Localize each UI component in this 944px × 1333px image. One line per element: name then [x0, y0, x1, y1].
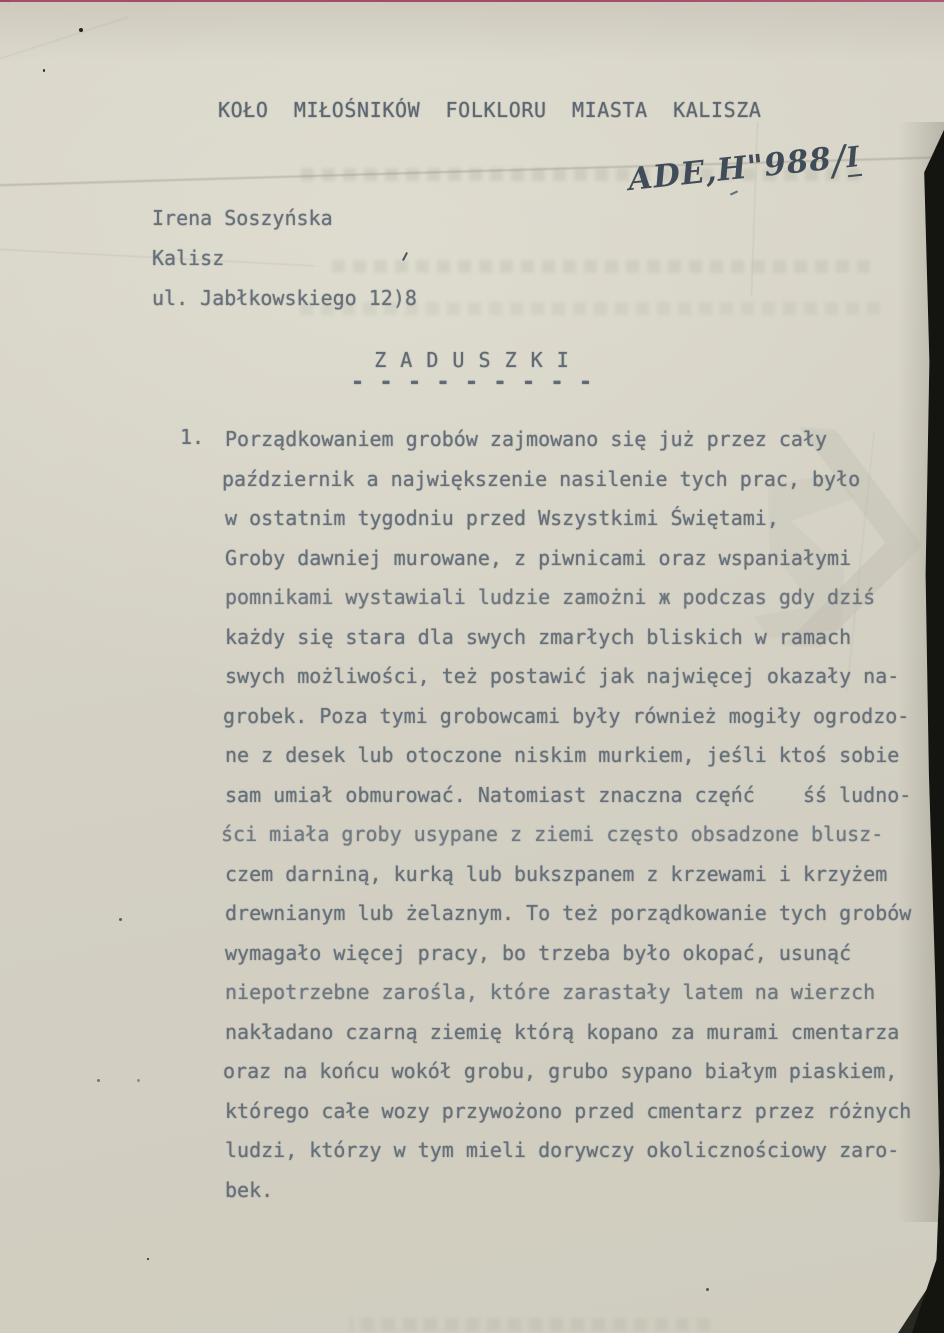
- paper-speck: [79, 28, 83, 32]
- sender-block: Irena Soszyńska Kalisz ul. Jabłkowskiego…: [152, 198, 417, 318]
- scanned-document-page: KOŁO MIŁOŚNIKÓW FOLKLORU MIASTA KALISZA …: [0, 0, 944, 1333]
- body-line: grobek. Poza tymi grobowcami były równie…: [223, 702, 911, 742]
- sender-city: Kalisz: [152, 238, 417, 278]
- paper-speck: [706, 1288, 709, 1291]
- document-title: Z A D U S Z K I: [0, 348, 944, 372]
- body-line: wymagało więcej pracy, bo trzeba było ok…: [225, 939, 911, 979]
- stray-ink-dot: [137, 1079, 140, 1082]
- archive-number-handwritten: ADE,H"988/I: [626, 136, 863, 206]
- body-paragraph: Porządkowaniem grobów zajmowano się już …: [225, 425, 911, 1215]
- body-line: niepotrzebne zarośla, które zarastały la…: [225, 978, 911, 1018]
- body-line: ne z desek lub otoczone niskim murkiem, …: [225, 741, 911, 781]
- archive-number-roman: I: [844, 140, 862, 177]
- paper-sheet: KOŁO MIŁOŚNIKÓW FOLKLORU MIASTA KALISZA …: [0, 2, 944, 1333]
- paper-speck: [147, 1258, 149, 1260]
- body-line: sam umiał obmurować. Natomiast znaczna c…: [225, 781, 911, 821]
- document-title-underline: - - - - - - - - -: [0, 370, 944, 395]
- body-line: bek.: [225, 1176, 911, 1216]
- bleed-through-text: [350, 1318, 710, 1331]
- stray-ink-dot: [97, 1079, 100, 1082]
- body-line: Porządkowaniem grobów zajmowano się już …: [225, 425, 911, 465]
- body-line: nakładano czarną ziemię którą kopano za …: [225, 1018, 911, 1058]
- stray-ink-dot: [119, 918, 122, 921]
- body-line: którego całe wozy przywożono przed cment…: [225, 1097, 911, 1137]
- paper-top-shading: [0, 2, 944, 62]
- body-line: swych możliwości, też postawić jak najwi…: [225, 662, 911, 702]
- organization-header: KOŁO MIŁOŚNIKÓW FOLKLORU MIASTA KALISZA: [218, 98, 762, 122]
- body-line: październik a największenie nasilenie ty…: [222, 465, 911, 505]
- list-item-number: 1.: [180, 425, 204, 449]
- archive-number-main: ADE,H"988: [626, 141, 833, 198]
- paper-speck: [43, 69, 45, 72]
- body-line: ludzi, którzy w tym mieli dorywczy okoli…: [225, 1136, 911, 1176]
- sender-name: Irena Soszyńska: [152, 198, 417, 238]
- body-line: w ostatnim tygodniu przed Wszystkimi Świ…: [225, 504, 911, 544]
- body-line: czem darniną, kurką lub bukszpanem z krz…: [225, 860, 911, 900]
- body-line: każdy się stara dla swych zmarłych blisk…: [225, 623, 911, 663]
- body-line: ści miała groby usypane z ziemi często o…: [221, 820, 911, 860]
- body-line: Groby dawniej murowane, z piwnicami oraz…: [225, 544, 911, 584]
- sender-street: ul. Jabłkowskiego 12)8: [152, 278, 417, 318]
- body-line: oraz na końcu wokół grobu, grubo sypano …: [223, 1057, 911, 1097]
- body-line: drewnianym lub żelaznym. To też porządko…: [225, 899, 911, 939]
- body-line: pomnikami wystawiali ludzie zamożni ж po…: [225, 583, 911, 623]
